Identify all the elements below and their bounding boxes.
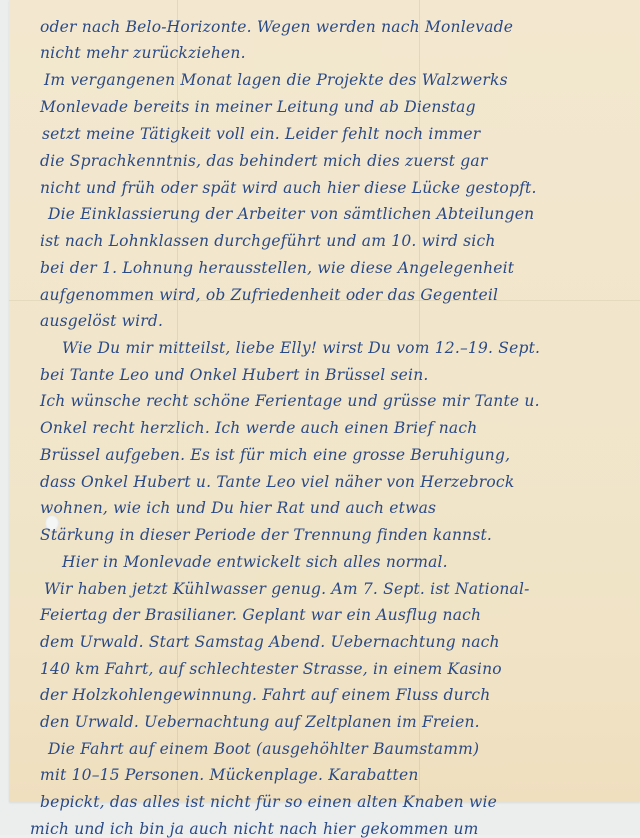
text-line: dem Urwald. Start Samstag Abend. Ueberna…	[40, 633, 500, 651]
text-line: 140 km Fahrt, auf schlechtester Strasse,…	[40, 660, 502, 678]
text-line: oder nach Belo-Horizonte. Wegen werden n…	[40, 18, 513, 36]
text-line: Die Fahrt auf einem Boot (ausgehöhlter B…	[48, 740, 479, 758]
text-line: aufgenommen wird, ob Zufriedenheit oder …	[40, 286, 498, 304]
text-line: Monlevade bereits in meiner Leitung und …	[40, 98, 476, 116]
text-line: bei der 1. Lohnung herausstellen, wie di…	[40, 259, 514, 277]
text-line: Brüssel aufgeben. Es ist für mich eine g…	[40, 446, 510, 464]
text-line: Im vergangenen Monat lagen die Projekte …	[44, 71, 508, 89]
text-line: den Urwald. Uebernachtung auf Zeltplanen…	[40, 713, 480, 731]
text-line: bei Tante Leo und Onkel Hubert in Brüsse…	[40, 366, 429, 384]
text-line: Hier in Monlevade entwickelt sich alles …	[62, 553, 448, 571]
text-line: dass Onkel Hubert u. Tante Leo viel nähe…	[40, 473, 514, 491]
letter-page: oder nach Belo-Horizonte. Wegen werden n…	[9, 0, 640, 802]
text-line: ist nach Lohnklassen durchgeführt und am…	[40, 232, 496, 250]
text-line: Stärkung in dieser Periode der Trennung …	[40, 526, 492, 544]
text-line: bepickt, das alles ist nicht für so eine…	[40, 793, 497, 811]
text-line: setzt meine Tätigkeit voll ein. Leider f…	[42, 125, 480, 143]
text-line: die Sprachkenntnis, das behindert mich d…	[40, 152, 487, 170]
text-line: Ich wünsche recht schöne Ferientage und …	[40, 392, 540, 410]
text-line: Onkel recht herzlich. Ich werde auch ein…	[40, 419, 477, 437]
text-line: Wir haben jetzt Kühlwasser genug. Am 7. …	[44, 580, 530, 598]
text-line: ausgelöst wird.	[40, 312, 163, 330]
text-line: der Holzkohlengewinnung. Fahrt auf einem…	[40, 686, 490, 704]
text-line: Die Einklassierung der Arbeiter von sämt…	[48, 205, 534, 223]
text-line: mich und ich bin ja auch nicht nach hier…	[30, 820, 479, 835]
text-line: nicht mehr zurückziehen.	[40, 44, 246, 62]
text-line: nicht und früh oder spät wird auch hier …	[40, 179, 537, 197]
text-line: Feiertag der Brasilianer. Geplant war ei…	[40, 606, 481, 624]
text-line: Wie Du mir mitteilst, liebe Elly! wirst …	[62, 339, 540, 357]
text-line: wohnen, wie ich und Du hier Rat und auch…	[40, 499, 436, 517]
text-line: mit 10–15 Personen. Mückenplage. Karabat…	[40, 766, 419, 784]
